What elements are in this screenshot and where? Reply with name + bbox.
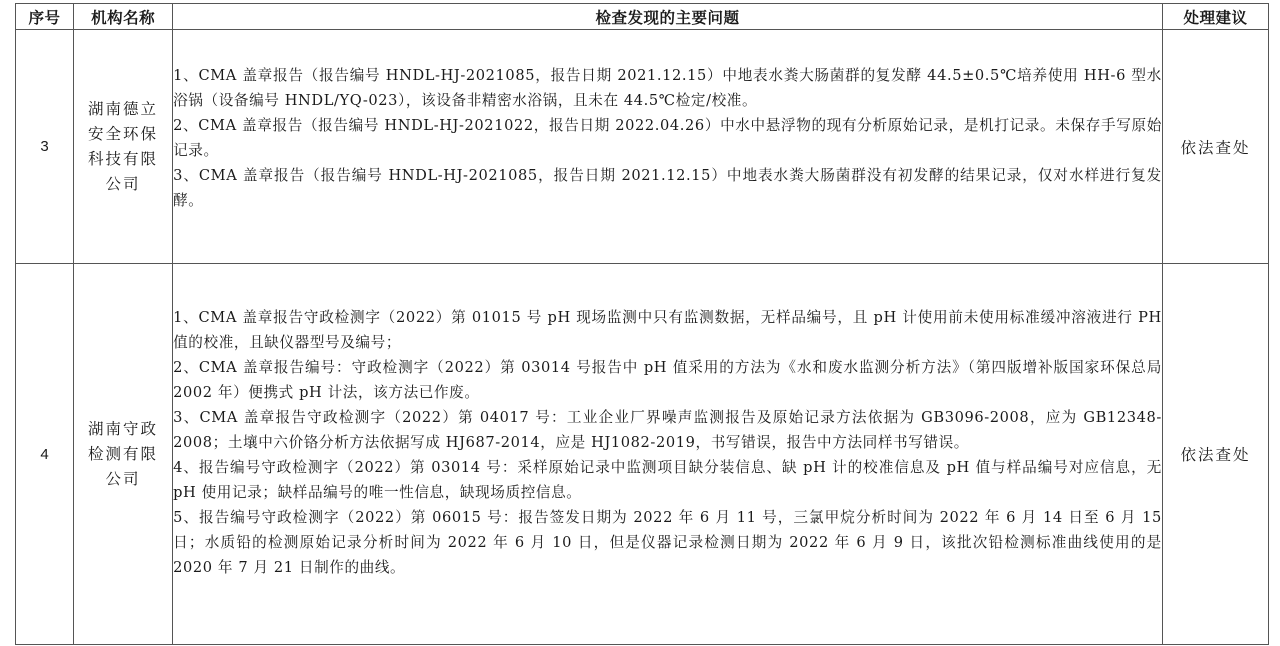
- recommended-action-cell: 依法查处: [1162, 264, 1268, 645]
- inspection-findings-table: 序号 机构名称 检查发现的主要问题 处理建议 3 湖南德立安全环保科技有限公司 …: [15, 3, 1269, 645]
- serial-number-cell: 4: [16, 264, 74, 645]
- header-recommended-action: 处理建议: [1162, 4, 1268, 30]
- table-row: 3 湖南德立安全环保科技有限公司 1、CMA 盖章报告（报告编号 HNDL-HJ…: [16, 30, 1269, 264]
- issues-cell: 1、CMA 盖章报告守政检测字（2022）第 01015 号 pH 现场监测中只…: [173, 264, 1163, 645]
- issues-cell: 1、CMA 盖章报告（报告编号 HNDL-HJ-2021085，报告日期 202…: [173, 30, 1163, 264]
- issue-item: 4、报告编号守政检测字（2022）第 03014 号：采样原始记录中监测项目缺分…: [173, 455, 1162, 505]
- table-row: 4 湖南守政检测有限公司 1、CMA 盖章报告守政检测字（2022）第 0101…: [16, 264, 1269, 645]
- issue-item: 2、CMA 盖章报告编号：守政检测字（2022）第 03014 号报告中 pH …: [173, 355, 1162, 405]
- issue-item: 5、报告编号守政检测字（2022）第 06015 号：报告签发日期为 2022 …: [173, 505, 1162, 580]
- issue-item: 1、CMA 盖章报告守政检测字（2022）第 01015 号 pH 现场监测中只…: [173, 305, 1162, 355]
- header-serial-number: 序号: [16, 4, 74, 30]
- issue-item: 1、CMA 盖章报告（报告编号 HNDL-HJ-2021085，报告日期 202…: [173, 63, 1162, 113]
- organization-name-cell: 湖南守政检测有限公司: [74, 264, 173, 645]
- organization-name-cell: 湖南德立安全环保科技有限公司: [74, 30, 173, 264]
- organization-name: 湖南德立安全环保科技有限公司: [87, 97, 159, 197]
- issue-item: 3、CMA 盖章报告（报告编号 HNDL-HJ-2021085，报告日期 202…: [173, 163, 1162, 213]
- table-header-row: 序号 机构名称 检查发现的主要问题 处理建议: [16, 4, 1269, 30]
- organization-name: 湖南守政检测有限公司: [87, 417, 159, 492]
- recommended-action-cell: 依法查处: [1162, 30, 1268, 264]
- issue-item: 2、CMA 盖章报告（报告编号 HNDL-HJ-2021022，报告日期 202…: [173, 113, 1162, 163]
- header-organization-name: 机构名称: [74, 4, 173, 30]
- serial-number-cell: 3: [16, 30, 74, 264]
- header-main-issues: 检查发现的主要问题: [173, 4, 1163, 30]
- issue-item: 3、CMA 盖章报告守政检测字（2022）第 04017 号：工业企业厂界噪声监…: [173, 405, 1162, 455]
